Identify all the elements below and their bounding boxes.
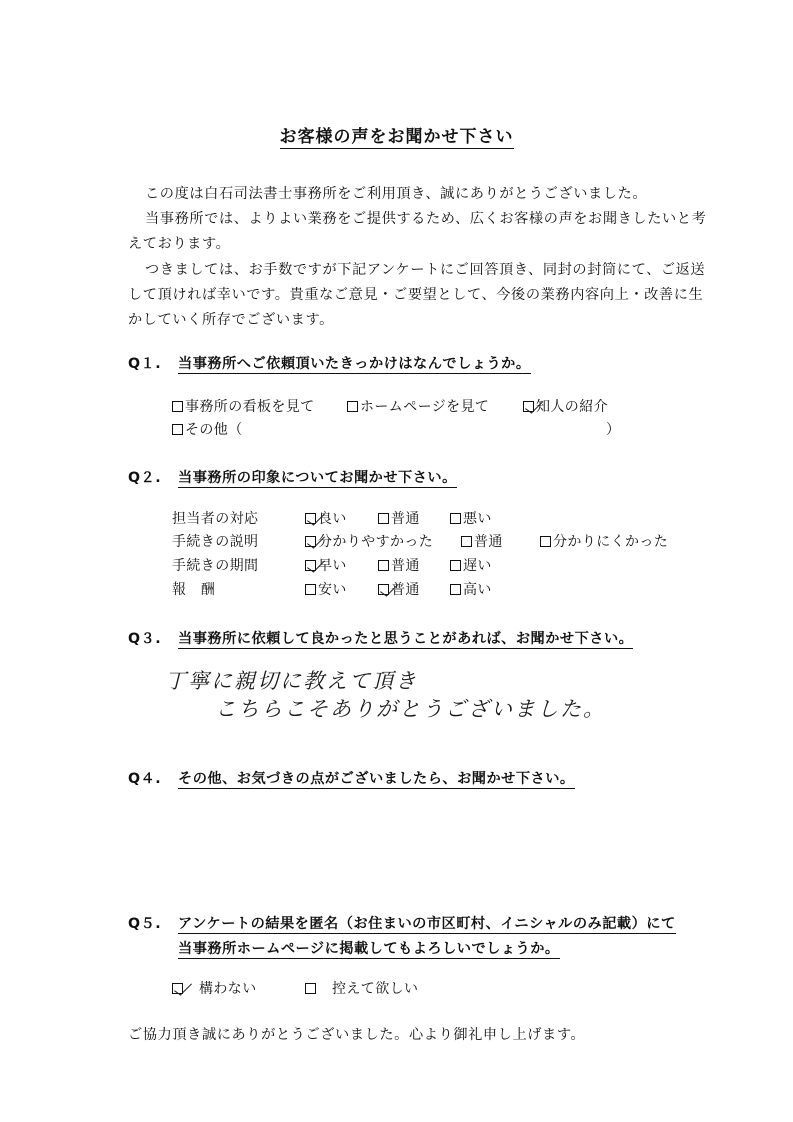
q1-option-other[interactable]: その他（ xyxy=(172,419,243,439)
q3-question: 当事務所に依頼して良かったと思うことがあれば、お聞かせ下さい。 xyxy=(178,631,633,649)
page-title: お客様の声をお聞かせ下さい xyxy=(0,122,793,147)
q2-option[interactable]: 高い xyxy=(450,579,492,599)
checkbox-icon[interactable] xyxy=(172,424,183,435)
q2-option[interactable]: 普通 xyxy=(461,531,503,551)
q4-heading: Q４.その他、お気づきの点がございましたら、お聞かせ下さい。 xyxy=(128,768,575,788)
checkbox-icon[interactable] xyxy=(378,560,389,571)
intro-line: かしていく所存でございます。 xyxy=(128,309,334,329)
q5-heading: Q５.アンケートの結果を匿名（お住まいの市区町村、イニシャルのみ記載）にて xyxy=(128,913,676,933)
q2-heading: Q２.当事務所の印象についてお聞かせ下さい。 xyxy=(128,467,457,487)
q4-answer-area[interactable] xyxy=(172,800,672,900)
q1-number: Q１. xyxy=(128,353,178,373)
intro-line: えております。 xyxy=(128,233,230,253)
q1-option-signboard[interactable]: 事務所の看板を見て xyxy=(172,396,315,416)
q2-row-label: 手続きの期間 xyxy=(172,555,258,575)
q2-option[interactable]: 遅い xyxy=(450,555,492,575)
q2-option[interactable]: 普通 xyxy=(378,508,420,528)
q2-option[interactable]: 悪い xyxy=(450,508,492,528)
q2-option[interactable]: 安い xyxy=(305,579,347,599)
intro-line: 当事務所では、よりよい業務をご提供するため、広くお客様の声をお聞きしたいと考 xyxy=(145,208,706,228)
intro-line: この度は白石司法書士事務所をご利用頂き、誠にありがとうございました。 xyxy=(145,183,647,203)
checkbox-checked-icon[interactable] xyxy=(378,584,389,595)
q1-question: 当事務所へご依頼頂いたきっかけはなんでしょうか。 xyxy=(178,356,531,374)
closing-message: ご協力頂き誠にありがとうございました。心より御礼申し上げます。 xyxy=(128,1024,585,1044)
intro-line: つきましては、お手数ですが下記アンケートにご回答頂き、同封の封筒にて、ご返送 xyxy=(145,259,705,279)
checkbox-checked-icon[interactable] xyxy=(172,983,183,994)
checkbox-checked-icon[interactable] xyxy=(305,513,316,524)
checkbox-icon[interactable] xyxy=(450,560,461,571)
checkbox-icon[interactable] xyxy=(305,584,316,595)
q1-heading: Q１.当事務所へご依頼頂いたきっかけはなんでしょうか。 xyxy=(128,353,531,373)
checkbox-icon[interactable] xyxy=(347,401,358,412)
q3-number: Q３. xyxy=(128,628,178,648)
q1-option-homepage[interactable]: ホームページを見て xyxy=(347,396,489,416)
q5-number: Q５. xyxy=(128,913,178,933)
q1-other-close-paren: ） xyxy=(606,419,620,439)
q2-option[interactable]: 分かりにくかった xyxy=(540,531,668,551)
q4-number: Q４. xyxy=(128,768,178,788)
q2-option[interactable]: 普通 xyxy=(378,555,420,575)
q2-option[interactable]: 分かりやすかった xyxy=(305,531,433,551)
checkbox-icon[interactable] xyxy=(461,536,472,547)
q5-question-line1: アンケートの結果を匿名（お住まいの市区町村、イニシャルのみ記載）にて xyxy=(178,916,676,934)
checkbox-checked-icon[interactable] xyxy=(523,401,534,412)
checkbox-checked-icon[interactable] xyxy=(305,536,316,547)
checkbox-icon[interactable] xyxy=(450,513,461,524)
q5-option-decline[interactable]: 控えて欲しい xyxy=(305,978,418,998)
q3-handwritten-answer-line: 丁寧に親切に教えて頂き xyxy=(165,665,418,695)
q5-question-line2: 当事務所ホームページに掲載してもよろしいでしょうか。 xyxy=(178,941,560,959)
q5-option-allow[interactable]: 構わない xyxy=(172,978,257,998)
q2-row-label: 手続きの説明 xyxy=(172,531,258,551)
page-title-text: お客様の声をお聞かせ下さい xyxy=(280,127,514,149)
checkbox-icon[interactable] xyxy=(172,401,183,412)
checkbox-icon[interactable] xyxy=(540,536,551,547)
q2-number: Q２. xyxy=(128,467,178,487)
q2-option[interactable]: 普通 xyxy=(378,579,420,599)
q2-row-label: 担当者の対応 xyxy=(172,508,258,528)
q4-question: その他、お気づきの点がございましたら、お聞かせ下さい。 xyxy=(178,771,575,789)
checkbox-icon[interactable] xyxy=(378,513,389,524)
q2-row-label: 報 酬 xyxy=(172,579,215,599)
checkbox-checked-icon[interactable] xyxy=(305,560,316,571)
q1-other-input[interactable] xyxy=(248,419,603,437)
q2-question: 当事務所の印象についてお聞かせ下さい。 xyxy=(178,470,457,488)
q3-handwritten-answer-line: こちらこそありがとうございました。 xyxy=(215,693,606,723)
checkbox-icon[interactable] xyxy=(450,584,461,595)
intro-line: して頂ければ幸いです。貴重なご意見・ご要望として、今後の業務内容向上・改善に生 xyxy=(128,284,703,304)
q3-heading: Q３.当事務所に依頼して良かったと思うことがあれば、お聞かせ下さい。 xyxy=(128,628,633,648)
checkbox-icon[interactable] xyxy=(305,983,316,994)
q1-option-referral[interactable]: 知人の紹介 xyxy=(523,396,608,416)
q2-option[interactable]: 早い xyxy=(305,555,347,575)
q2-option[interactable]: 良い xyxy=(305,508,347,528)
q5-heading-cont: 当事務所ホームページに掲載してもよろしいでしょうか。 xyxy=(178,938,560,958)
